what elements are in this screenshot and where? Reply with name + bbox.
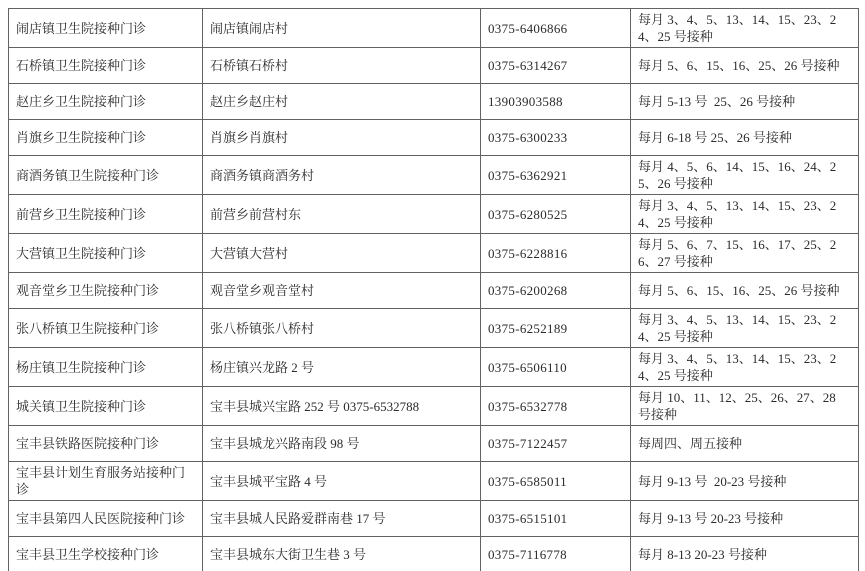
clinic-name-cell: 城关镇卫生院接种门诊 xyxy=(9,387,203,426)
clinic-phone-cell: 0375-6362921 xyxy=(481,156,631,195)
clinic-name-cell: 张八桥镇卫生院接种门诊 xyxy=(9,309,203,348)
clinic-schedule-cell: 每月 10、11、12、25、26、27、28 号接种 xyxy=(631,387,859,426)
table-row: 大营镇卫生院接种门诊 大营镇大营村 0375-6228816 每月 5、6、7、… xyxy=(9,234,859,273)
table-row: 宝丰县计划生育服务站接种门诊 宝丰县城平宝路 4 号 0375-6585011 … xyxy=(9,462,859,501)
clinic-schedule-cell: 每月 8-13 20-23 号接种 xyxy=(631,537,859,571)
table-row: 宝丰县卫生学校接种门诊 宝丰县城东大街卫生巷 3 号 0375-7116778 … xyxy=(9,537,859,571)
clinic-address-cell: 前营乡前营村东 xyxy=(203,195,481,234)
vaccination-clinic-table: 闹店镇卫生院接种门诊 闹店镇闹店村 0375-6406866 每月 3、4、5、… xyxy=(8,8,859,571)
clinic-address-cell: 大营镇大营村 xyxy=(203,234,481,273)
clinic-address-cell: 赵庄乡赵庄村 xyxy=(203,84,481,120)
clinic-address-cell: 宝丰县城兴宝路 252 号 0375-6532788 xyxy=(203,387,481,426)
clinic-address-cell: 宝丰县城平宝路 4 号 xyxy=(203,462,481,501)
clinic-phone-cell: 0375-6314267 xyxy=(481,48,631,84)
clinic-address-cell: 商酒务镇商酒务村 xyxy=(203,156,481,195)
clinic-schedule-cell: 每月 5、6、15、16、25、26 号接种 xyxy=(631,48,859,84)
clinic-address-cell: 观音堂乡观音堂村 xyxy=(203,273,481,309)
clinic-phone-cell: 0375-6406866 xyxy=(481,9,631,48)
clinic-schedule-cell: 每月 5-13 号 25、26 号接种 xyxy=(631,84,859,120)
clinic-schedule-cell: 每月 5、6、15、16、25、26 号接种 xyxy=(631,273,859,309)
clinic-schedule-cell: 每月 9-13 号 20-23 号接种 xyxy=(631,462,859,501)
clinic-name-cell: 宝丰县计划生育服务站接种门诊 xyxy=(9,462,203,501)
clinic-schedule-cell: 每月 3、4、5、13、14、15、23、24、25 号接种 xyxy=(631,309,859,348)
clinic-phone-cell: 0375-6280525 xyxy=(481,195,631,234)
clinic-address-cell: 杨庄镇兴龙路 2 号 xyxy=(203,348,481,387)
clinic-address-cell: 宝丰县城人民路爱群南巷 17 号 xyxy=(203,501,481,537)
clinic-phone-cell: 0375-6532778 xyxy=(481,387,631,426)
table-row: 闹店镇卫生院接种门诊 闹店镇闹店村 0375-6406866 每月 3、4、5、… xyxy=(9,9,859,48)
clinic-phone-cell: 0375-6300233 xyxy=(481,120,631,156)
clinic-schedule-cell: 每月 5、6、7、15、16、17、25、26、27 号接种 xyxy=(631,234,859,273)
table-row: 前营乡卫生院接种门诊 前营乡前营村东 0375-6280525 每月 3、4、5… xyxy=(9,195,859,234)
table-row: 肖旗乡卫生院接种门诊 肖旗乡肖旗村 0375-6300233 每月 6-18 号… xyxy=(9,120,859,156)
clinic-phone-cell: 0375-6515101 xyxy=(481,501,631,537)
table-row: 宝丰县第四人民医院接种门诊 宝丰县城人民路爱群南巷 17 号 0375-6515… xyxy=(9,501,859,537)
clinic-name-cell: 大营镇卫生院接种门诊 xyxy=(9,234,203,273)
table-body: 闹店镇卫生院接种门诊 闹店镇闹店村 0375-6406866 每月 3、4、5、… xyxy=(9,9,859,571)
clinic-phone-cell: 0375-6200268 xyxy=(481,273,631,309)
clinic-address-cell: 闹店镇闹店村 xyxy=(203,9,481,48)
clinic-name-cell: 肖旗乡卫生院接种门诊 xyxy=(9,120,203,156)
table-row: 赵庄乡卫生院接种门诊 赵庄乡赵庄村 13903903588 每月 5-13 号 … xyxy=(9,84,859,120)
clinic-schedule-cell: 每月 3、4、5、13、14、15、23、24、25 号接种 xyxy=(631,348,859,387)
clinic-name-cell: 赵庄乡卫生院接种门诊 xyxy=(9,84,203,120)
table-row: 城关镇卫生院接种门诊 宝丰县城兴宝路 252 号 0375-6532788 03… xyxy=(9,387,859,426)
table-row: 杨庄镇卫生院接种门诊 杨庄镇兴龙路 2 号 0375-6506110 每月 3、… xyxy=(9,348,859,387)
clinic-address-cell: 张八桥镇张八桥村 xyxy=(203,309,481,348)
table-row: 商酒务镇卫生院接种门诊 商酒务镇商酒务村 0375-6362921 每月 4、5… xyxy=(9,156,859,195)
clinic-phone-cell: 0375-6252189 xyxy=(481,309,631,348)
clinic-phone-cell: 0375-6585011 xyxy=(481,462,631,501)
clinic-address-cell: 宝丰县城东大街卫生巷 3 号 xyxy=(203,537,481,571)
clinic-phone-cell: 0375-7122457 xyxy=(481,426,631,462)
clinic-name-cell: 观音堂乡卫生院接种门诊 xyxy=(9,273,203,309)
clinic-schedule-cell: 每周四、周五接种 xyxy=(631,426,859,462)
clinic-schedule-cell: 每月 3、4、5、13、14、15、23、24、25 号接种 xyxy=(631,9,859,48)
clinic-schedule-cell: 每月 4、5、6、14、15、16、24、25、26 号接种 xyxy=(631,156,859,195)
clinic-phone-cell: 0375-6228816 xyxy=(481,234,631,273)
clinic-address-cell: 宝丰县城龙兴路南段 98 号 xyxy=(203,426,481,462)
clinic-name-cell: 闹店镇卫生院接种门诊 xyxy=(9,9,203,48)
clinic-name-cell: 宝丰县卫生学校接种门诊 xyxy=(9,537,203,571)
clinic-address-cell: 肖旗乡肖旗村 xyxy=(203,120,481,156)
table-row: 石桥镇卫生院接种门诊 石桥镇石桥村 0375-6314267 每月 5、6、15… xyxy=(9,48,859,84)
clinic-schedule-cell: 每月 3、4、5、13、14、15、23、24、25 号接种 xyxy=(631,195,859,234)
clinic-name-cell: 石桥镇卫生院接种门诊 xyxy=(9,48,203,84)
clinic-schedule-cell: 每月 9-13 号 20-23 号接种 xyxy=(631,501,859,537)
table-row: 宝丰县铁路医院接种门诊 宝丰县城龙兴路南段 98 号 0375-7122457 … xyxy=(9,426,859,462)
clinic-address-cell: 石桥镇石桥村 xyxy=(203,48,481,84)
clinic-name-cell: 商酒务镇卫生院接种门诊 xyxy=(9,156,203,195)
clinic-schedule-cell: 每月 6-18 号 25、26 号接种 xyxy=(631,120,859,156)
table-row: 观音堂乡卫生院接种门诊 观音堂乡观音堂村 0375-6200268 每月 5、6… xyxy=(9,273,859,309)
clinic-name-cell: 杨庄镇卫生院接种门诊 xyxy=(9,348,203,387)
clinic-phone-cell: 13903903588 xyxy=(481,84,631,120)
clinic-name-cell: 前营乡卫生院接种门诊 xyxy=(9,195,203,234)
clinic-phone-cell: 0375-6506110 xyxy=(481,348,631,387)
clinic-name-cell: 宝丰县铁路医院接种门诊 xyxy=(9,426,203,462)
document-page: 闹店镇卫生院接种门诊 闹店镇闹店村 0375-6406866 每月 3、4、5、… xyxy=(8,8,859,571)
clinic-phone-cell: 0375-7116778 xyxy=(481,537,631,571)
table-row: 张八桥镇卫生院接种门诊 张八桥镇张八桥村 0375-6252189 每月 3、4… xyxy=(9,309,859,348)
clinic-name-cell: 宝丰县第四人民医院接种门诊 xyxy=(9,501,203,537)
